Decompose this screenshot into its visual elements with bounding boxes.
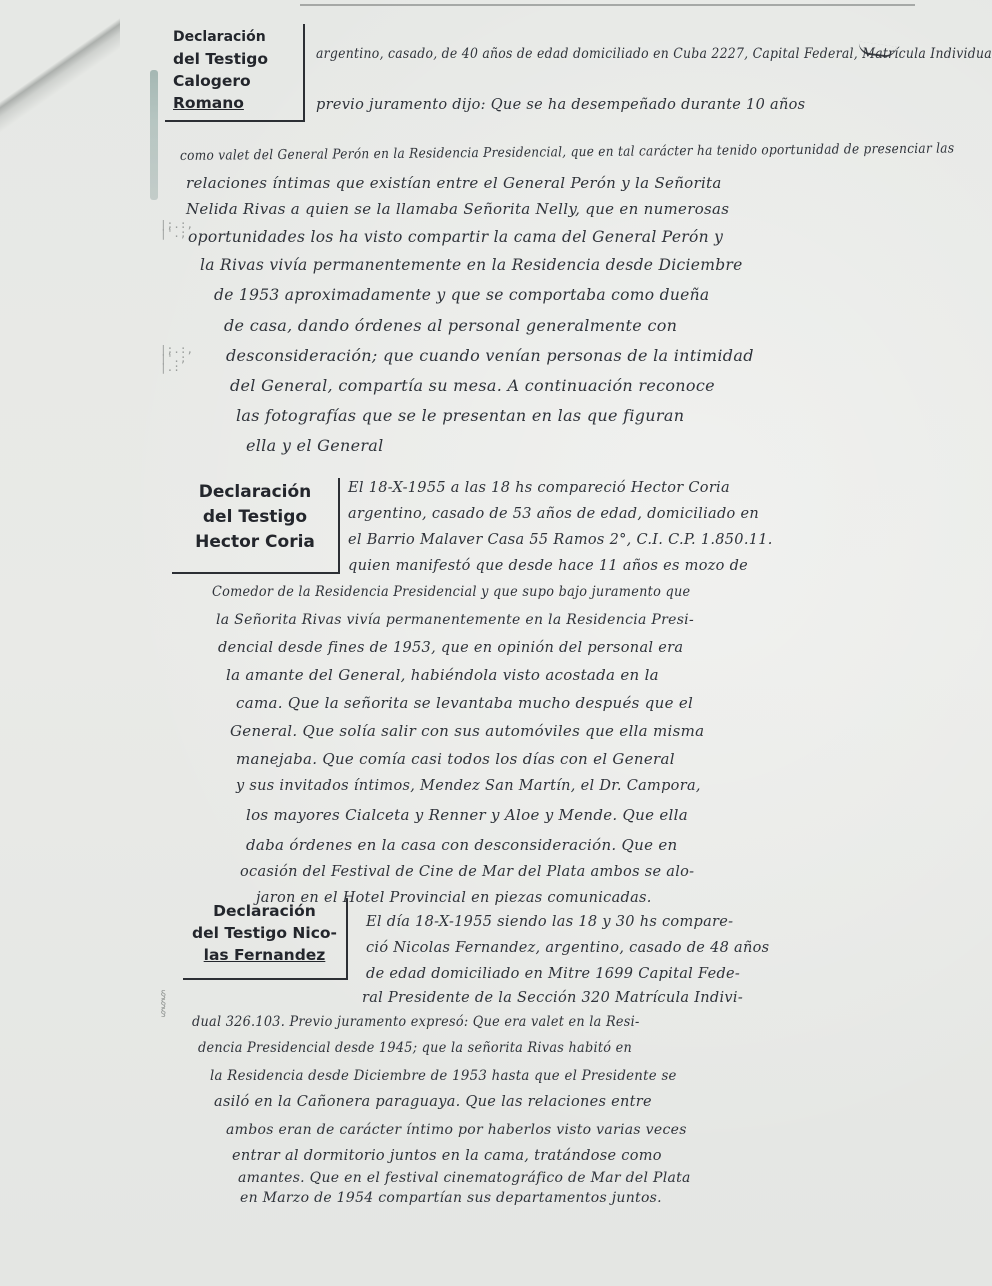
- top-ruled-line: [300, 4, 915, 6]
- heading-declaration-hector-coria: Declaración del Testigo Hector Coria: [172, 478, 340, 574]
- text-line: desconsideración; que cuando venían pers…: [226, 346, 754, 365]
- heading-declaration-nicolas-fernandez: Declaración del Testigo Nico- las Fernan…: [183, 898, 348, 980]
- text-line: las fotografías que se le presentan en l…: [236, 406, 684, 425]
- text-line: argentino, casado, de 40 años de edad do…: [316, 46, 992, 62]
- document-page: |;.:,|'.; |;.:,|'.;|.: §§§ Declaración d…: [0, 0, 992, 1286]
- text-line: la Residencia desde Diciembre de 1953 ha…: [210, 1068, 677, 1084]
- text-line: y sus invitados íntimos, Mendez San Mart…: [236, 778, 701, 794]
- heading-line: las Fernandez: [191, 944, 338, 966]
- heading-line: Declaración: [173, 26, 295, 48]
- paper-fold-shadow: [0, 0, 120, 180]
- margin-marks-1: |;.:,|'.;: [160, 220, 170, 238]
- heading-line: Hector Coria: [180, 530, 330, 555]
- text-line: daba órdenes en la casa con desconsidera…: [246, 836, 678, 854]
- text-line: de 1953 aproximadamente y que se comport…: [214, 286, 709, 304]
- margin-marks-2: |;.:,|'.;|.:: [160, 345, 170, 372]
- heading-line: del Testigo Nico-: [191, 922, 338, 944]
- heading-line: del Testigo: [173, 48, 295, 70]
- text-line: del General, compartía su mesa. A contin…: [230, 376, 715, 395]
- text-line: ella y el General: [246, 436, 384, 455]
- text-line: dencial desde fines de 1953, que en opin…: [218, 640, 683, 656]
- text-line: ambos eran de carácter íntimo por haberl…: [226, 1122, 687, 1138]
- text-line: manejaba. Que comía casi todos los días …: [236, 750, 675, 768]
- text-line: quien manifestó que desde hace 11 años e…: [348, 558, 748, 574]
- text-line: la Señorita Rivas vivía permanentemente …: [216, 612, 694, 628]
- text-line: dencia Presidencial desde 1945; que la s…: [198, 1040, 632, 1056]
- heading-line: Romano: [173, 92, 295, 114]
- text-line: de casa, dando órdenes al personal gener…: [224, 316, 677, 335]
- text-line: oportunidades los ha visto compartir la …: [188, 228, 723, 246]
- text-line: la Rivas vivía permanentemente en la Res…: [200, 256, 743, 274]
- text-line: relaciones íntimas que existían entre el…: [186, 174, 722, 192]
- text-line: ció Nicolas Fernandez, argentino, casado…: [366, 940, 769, 956]
- text-line: dual 326.103. Previo juramento expresó: …: [192, 1014, 640, 1030]
- text-line: El 18-X-1955 a las 18 hs compareció Hect…: [348, 480, 730, 496]
- text-line: de edad domiciliado en Mitre 1699 Capita…: [366, 966, 740, 982]
- margin-stamp-mark: [150, 70, 158, 200]
- heading-line: Declaración: [191, 900, 338, 922]
- text-line: previo juramento dijo: Que se ha desempe…: [316, 97, 805, 113]
- text-line: el Barrio Malaver Casa 55 Ramos 2°, C.I.…: [348, 532, 773, 548]
- text-line: ocasión del Festival de Cine de Mar del …: [240, 864, 694, 880]
- text-line: cama. Que la señorita se levantaba mucho…: [236, 694, 693, 712]
- text-line: General. Que solía salir con sus automóv…: [230, 722, 704, 740]
- text-line: entrar al dormitorio juntos en la cama, …: [232, 1148, 662, 1164]
- text-line: Nelida Rivas a quien se la llamaba Señor…: [186, 200, 729, 218]
- heading-line: Declaración: [180, 480, 330, 505]
- margin-marks-3: §§§: [160, 990, 170, 1017]
- text-line: en Marzo de 1954 compartían sus departam…: [240, 1190, 662, 1206]
- heading-line: Calogero: [173, 70, 295, 92]
- text-line: la amante del General, habiéndola visto …: [226, 666, 659, 684]
- text-line: como valet del General Perón en la Resid…: [180, 140, 954, 164]
- text-line: argentino, casado de 53 años de edad, do…: [348, 506, 759, 522]
- heading-declaration-calogero-romano: Declaración del Testigo Calogero Romano: [165, 24, 305, 122]
- heading-line: del Testigo: [180, 505, 330, 530]
- text-line: los mayores Cialceta y Renner y Aloe y M…: [246, 806, 688, 824]
- text-line: amantes. Que en el festival cinematográf…: [238, 1170, 691, 1186]
- text-line: ral Presidente de la Sección 320 Matrícu…: [362, 990, 743, 1006]
- text-line: Comedor de la Residencia Presidencial y …: [212, 584, 690, 600]
- text-line: asiló en la Cañonera paraguaya. Que las …: [214, 1094, 652, 1110]
- text-line: El día 18-X-1955 siendo las 18 y 30 hs c…: [366, 914, 733, 930]
